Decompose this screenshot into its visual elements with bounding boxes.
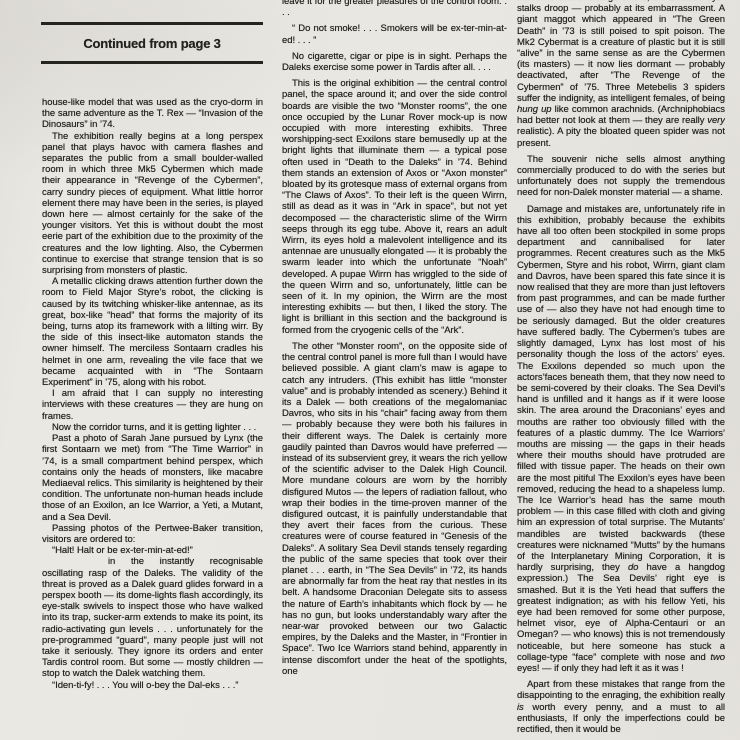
paragraph: Apart from these mistakes that range fro… (517, 679, 725, 735)
text-run: “ Do not smoke! . . . Smokers will be ex… (282, 23, 507, 45)
paragraph: in the instantly recognisable oscillatin… (42, 556, 263, 679)
text-run: This is the original exhibition — the ce… (282, 78, 507, 335)
paragraph: No cigarette, cigar or pipe is in sight.… (282, 51, 507, 73)
paragraph: “ Do not smoke! . . . Smokers will be ex… (282, 23, 507, 45)
paragraph: leave it for the greater pleasures of th… (282, 0, 507, 18)
paragraph: “Iden-ti-fy! . . . You will o-bey the Da… (42, 680, 263, 691)
paragraph: house-like model that was used as the cr… (42, 97, 263, 131)
text-run: “Iden-ti-fy! . . . You will o-bey the Da… (52, 680, 238, 691)
text-run: The souvenir niche sells almost anything… (517, 154, 725, 199)
text-column-2: leave it for the greater pleasures of th… (282, 0, 507, 740)
paragraph: Passing photos of the Pertwee-Baker tran… (42, 523, 263, 545)
text-run: worth every penny, and a must to all ent… (517, 702, 725, 735)
text-run: A metallic clicking draws attention furt… (42, 276, 263, 388)
paragraph: The other “Monster room”, on the opposit… (282, 341, 507, 677)
continued-from-label: Continued from page 3 (41, 25, 263, 61)
italic-text-run: very (707, 115, 725, 126)
paragraph: This is the original exhibition — the ce… (282, 78, 507, 336)
text-run: Passing photos of the Pertwee-Baker tran… (42, 523, 263, 545)
paragraph: Past a photo of Sarah Jane pursued by Ly… (42, 433, 263, 523)
text-run: Damage and mistakes are, unfortunately r… (517, 204, 725, 574)
paragraph: A metallic clicking draws attention furt… (42, 276, 263, 388)
paragraph: Damage and mistakes are, unfortunately r… (517, 204, 725, 675)
text-run: nearer to that of a large snake; the 2 r… (517, 0, 725, 104)
text-run: Now the corridor turns, and it is gettin… (52, 422, 256, 433)
italic-text-run: do (628, 562, 638, 573)
text-run: I am afraid that I can supply no interes… (42, 388, 263, 421)
text-run: realistic). A pity the bloated queen spi… (517, 126, 725, 148)
italic-text-run: is (517, 702, 524, 713)
paragraph: Now the corridor turns, and it is gettin… (42, 422, 263, 433)
text-run: The exhibition really begins at a long p… (42, 131, 263, 276)
text-run: Past a photo of Sarah Jane pursued by Ly… (42, 433, 263, 522)
text-run: in the instantly recognisable oscillatin… (42, 556, 263, 679)
text-run: eyes! — if only they had left it as it w… (517, 663, 684, 674)
continued-from-banner: Continued from page 3 (41, 22, 263, 64)
text-column-1: house-like model that was used as the cr… (42, 97, 263, 740)
paragraph: I am afraid that I can supply no interes… (42, 388, 263, 422)
text-run: Apart from these mistakes that range fro… (517, 679, 725, 701)
text-run: No cigarette, cigar or pipe is in sight.… (282, 51, 507, 73)
paragraph: The exhibition really begins at a long p… (42, 131, 263, 277)
banner-bottom-rule (41, 61, 263, 64)
text-column-3: nearer to that of a large snake; the 2 r… (517, 0, 725, 740)
italic-text-run: two (710, 652, 725, 663)
text-run: leave it for the greater pleasures of th… (282, 0, 507, 18)
text-run: The other “Monster room”, on the opposit… (282, 341, 507, 677)
text-run: have a hangdog expression.) The Sea Devi… (517, 562, 725, 663)
paragraph: The souvenir niche sells almost anything… (517, 154, 725, 199)
paragraph: “Halt! Halt or be ex-ter-min-at-ed!” (42, 545, 263, 556)
italic-text-run: hung up (517, 104, 552, 115)
paragraph: nearer to that of a large snake; the 2 r… (517, 0, 725, 149)
text-run: “Halt! Halt or be ex-ter-min-at-ed!” (52, 545, 193, 556)
text-run: house-like model that was used as the cr… (42, 97, 263, 130)
